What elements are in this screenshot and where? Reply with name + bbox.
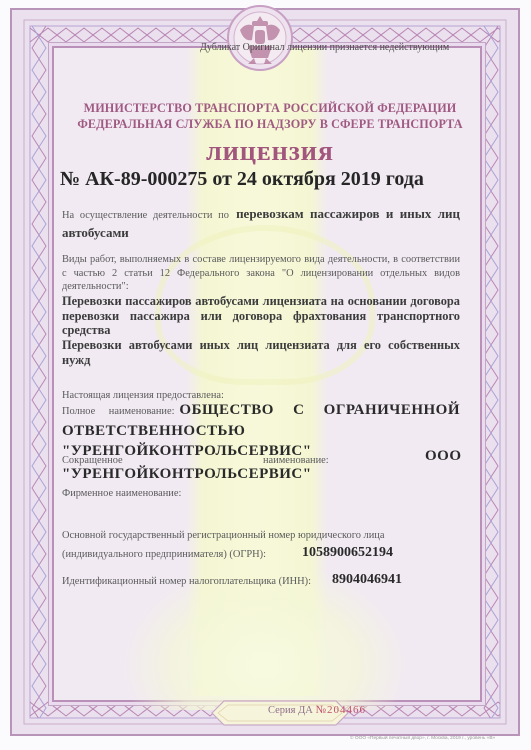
ministry-line-2: ФЕДЕРАЛЬНАЯ СЛУЖБА ПО НАДЗОРУ В СФЕРЕ ТР… (60, 117, 480, 132)
activity-prefix: На осуществление деятельности по (62, 210, 229, 221)
brand-name-label: Фирменное наименование: (62, 488, 181, 499)
works-intro: Виды работ, выполняемых в составе лиценз… (62, 253, 460, 294)
work-item-2: Перевозки автобусами иных лиц лицензиата… (62, 338, 460, 367)
ministry-line-1: МИНИСТЕРСТВО ТРАНСПОРТА РОССИЙСКОЙ ФЕДЕР… (60, 101, 480, 116)
inn-label: Идентификационный номер налогоплательщик… (62, 576, 311, 587)
license-title: ЛИЦЕНЗИЯ (60, 143, 480, 166)
printer-footer: © ООО «Первый печатный двор», г. Москва,… (350, 736, 495, 741)
short-name-label-1: Сокращенное (62, 455, 123, 466)
coat-of-arms-emblem (218, 2, 302, 72)
license-number: № АК-89-000275 от 24 октября 2019 года (60, 168, 424, 191)
work-item-1: Перевозки пассажиров автобусами лицензиа… (62, 294, 460, 338)
short-name-value-1: ООО (425, 448, 462, 465)
duplicate-note: Дубликат Оригинал лицензии признается не… (200, 42, 449, 53)
short-name-value-2: "УРЕНГОЙКОНТРОЛЬСЕРВИС" (62, 466, 312, 483)
ogrn-value: 1058900652194 (302, 545, 393, 561)
inn-value: 8904046941 (332, 572, 402, 588)
full-name-section: Полное наименование: ОБЩЕСТВО С ОГРАНИЧЕ… (62, 400, 460, 461)
short-name-label-2: наименование: (263, 455, 329, 466)
full-name-label: Полное наименование: (62, 406, 174, 417)
series-number: №204466 (316, 704, 367, 716)
ogrn-label-2: (индивидуального предпринимателя) (ОГРН)… (62, 549, 266, 560)
activity-section: На осуществление деятельности по перевоз… (62, 205, 460, 241)
series-label: Серия ДА №204466 (268, 704, 366, 716)
series-prefix: Серия ДА (268, 705, 313, 716)
ogrn-label-1: Основной государственный регистрационный… (62, 530, 384, 541)
